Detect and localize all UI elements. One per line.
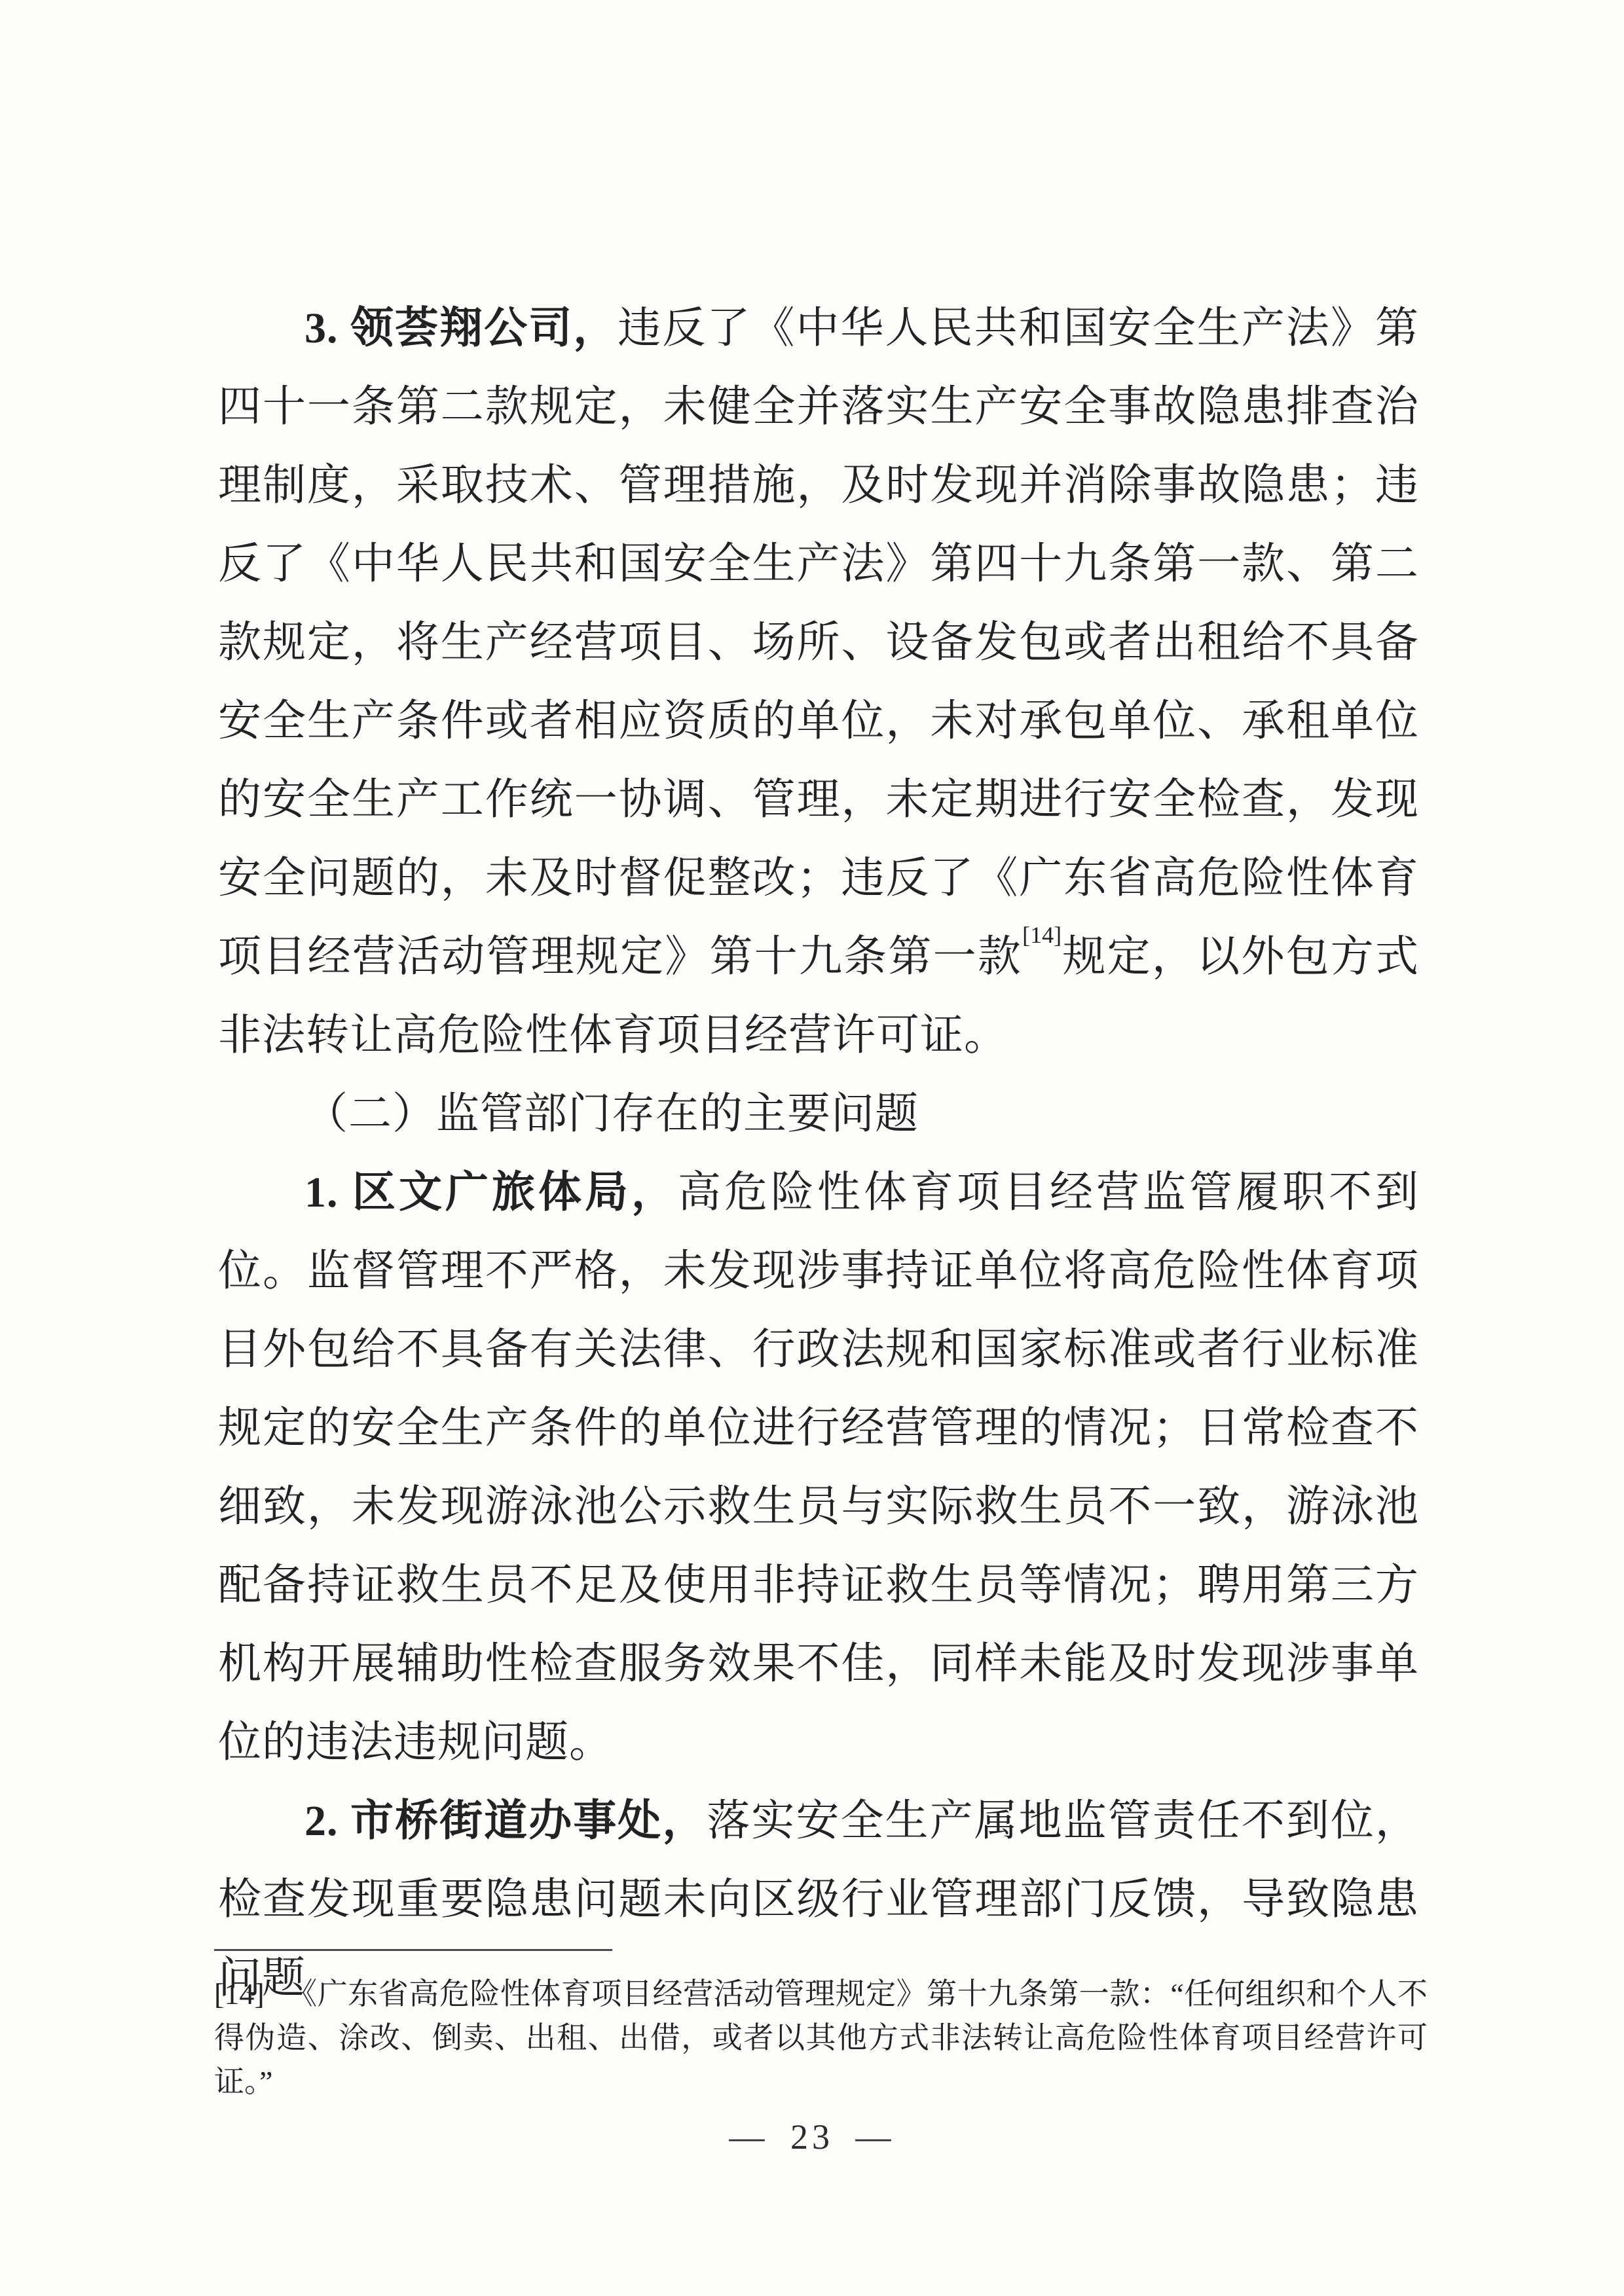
paragraph-lead: 2. 市桥街道办事处， (304, 1797, 707, 1845)
footnote-marker: [14] (214, 1977, 265, 2011)
footnote-text: 《广东省高危险性体育项目经营活动管理规定》第十九条第一款：“任何组织和个人不得伪… (214, 1977, 1428, 2098)
paragraph-company-3: 3. 领荟翔公司，违反了《中华人民共和国安全生产法》第四十一条第二款规定，未健全… (218, 289, 1419, 1075)
section-heading: （二）监管部门存在的主要问题 (218, 1075, 1419, 1154)
document-page: 3. 领荟翔公司，违反了《中华人民共和国安全生产法》第四十一条第二款规定，未健全… (0, 0, 1624, 2296)
paragraph-lead: 1. 区文广旅体局， (304, 1169, 678, 1216)
paragraph-text: 违反了《中华人民共和国安全生产法》第四十一条第二款规定，未健全并落实生产安全事故… (218, 304, 1419, 981)
document-body: 3. 领荟翔公司，违反了《中华人民共和国安全生产法》第四十一条第二款规定，未健全… (218, 289, 1419, 2018)
page-number: — 23 — (0, 2117, 1624, 2157)
footnote-reference: [14] (1022, 922, 1061, 948)
paragraph-lead: 3. 领荟翔公司， (304, 304, 618, 352)
paragraph-bureau-1: 1. 区文广旅体局，高危险性体育项目经营监管履职不到位。监督管理不严格，未发现涉… (218, 1154, 1419, 1782)
footnote: [14]《广东省高危险性体育项目经营活动管理规定》第十九条第一款：“任何组织和个… (214, 1972, 1428, 2104)
footnote-separator (214, 1949, 612, 1951)
paragraph-text: 高危险性体育项目经营监管履职不到位。监督管理不严格，未发现涉事持证单位将高危险性… (218, 1169, 1419, 1766)
